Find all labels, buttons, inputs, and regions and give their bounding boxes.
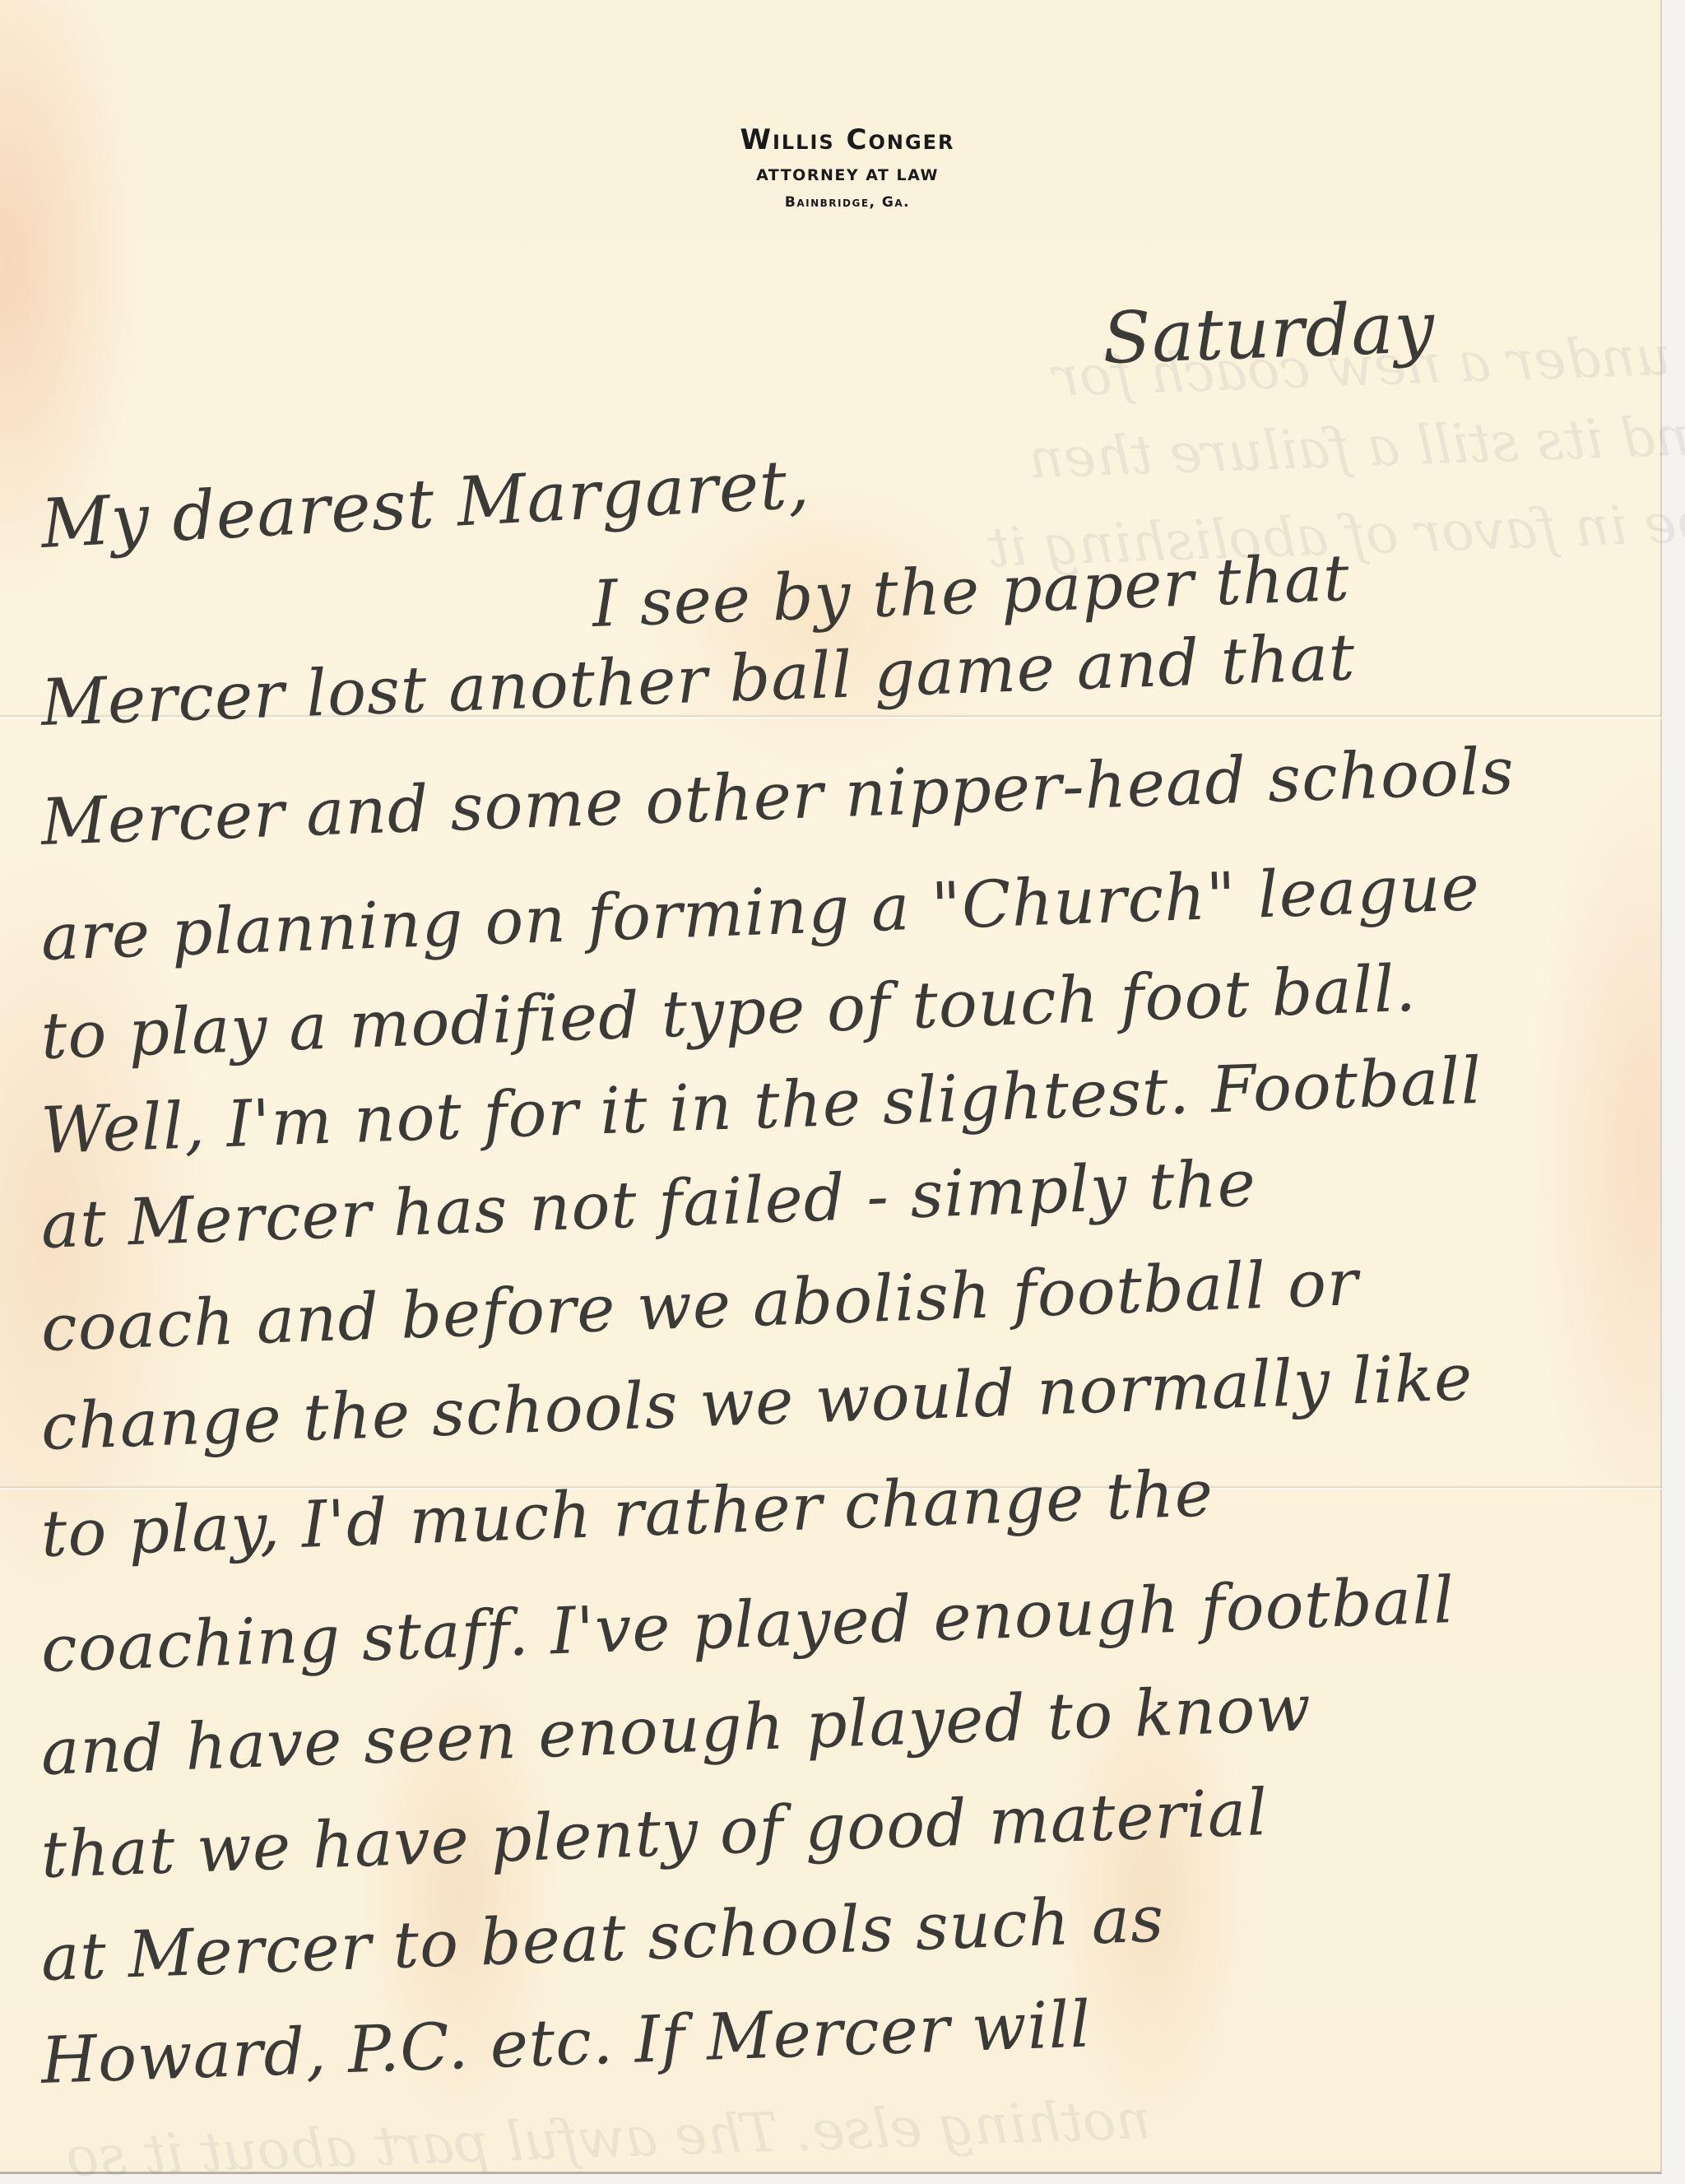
letterhead-name: Willis Conger bbox=[33, 123, 1662, 156]
letter-line: at Mercer to beat schools such as bbox=[39, 1882, 1165, 1996]
letter-line: Mercer and some other nipper-head school… bbox=[39, 734, 1516, 859]
letter-line: and have seen enough played to know bbox=[39, 1671, 1312, 1790]
letterhead-title: ATTORNEY AT LAW bbox=[33, 166, 1662, 184]
letter-line: that we have plenty of good material bbox=[39, 1776, 1269, 1893]
letter-line: to play, I'd much rather change the bbox=[39, 1457, 1214, 1572]
letter-line: at Mercer has not failed - simply the bbox=[39, 1146, 1257, 1263]
letter-line: coaching staff. I've played enough footb… bbox=[39, 1564, 1455, 1687]
letter-line: Mercer lost another ball game and that bbox=[39, 620, 1356, 741]
letter-salutation: My dearest Margaret, bbox=[39, 445, 812, 564]
letter-line: Howard, P.C. etc. If Mercer will bbox=[39, 1987, 1092, 2098]
letterhead: Willis Conger ATTORNEY AT LAW Bainbridge… bbox=[0, 123, 1662, 211]
letter-page: try football under a new coach for a whi… bbox=[0, 0, 1662, 2174]
bleed-through-text: a while and its still a failure then bbox=[1028, 396, 1685, 491]
letterhead-city: Bainbridge, Ga. bbox=[33, 194, 1662, 211]
letter-line: change the schools we would normally lik… bbox=[39, 1341, 1474, 1465]
bleed-through-text: nothing else. The awful part about it so bbox=[65, 2088, 1152, 2184]
letter-date: Saturday bbox=[1101, 286, 1436, 380]
letter-line: coach and before we abolish football or bbox=[39, 1246, 1359, 1366]
